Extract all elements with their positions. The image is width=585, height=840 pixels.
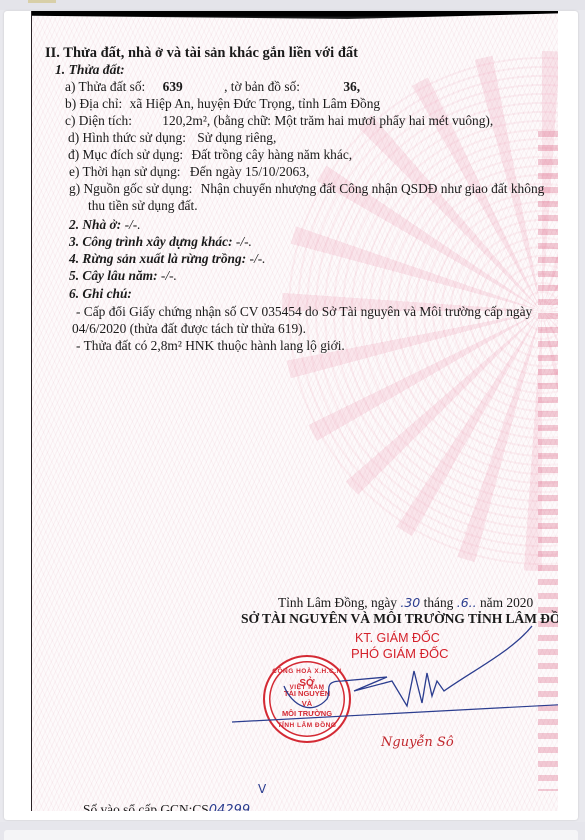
map-sheet-value: 36, xyxy=(343,79,360,95)
usage-origin-value: Nhận chuyển nhượng đất Công nhận QSDĐ nh… xyxy=(201,181,545,197)
planted-forest-row: 4. Rừng sản xuất là rừng trồng: -/-. xyxy=(69,251,266,267)
address-row: b) Địa chỉ: xã Hiệp An, huyện Đức Trọng,… xyxy=(65,96,380,112)
house-row: 2. Nhà ở: -/-. xyxy=(69,217,141,233)
handwritten-signature xyxy=(232,611,558,731)
check-mark: V xyxy=(258,781,266,797)
thumbnail-edge xyxy=(28,0,56,3)
perennial-tree-label: 5. Cây lâu năm: xyxy=(69,268,158,283)
area-row: c) Diện tích: 120,2m², (bằng chữ: Một tr… xyxy=(65,113,493,129)
parcel-number-value: 639 xyxy=(163,79,183,95)
address-value: xã Hiệp An, huyện Đức Trọng, tỉnh Lâm Đồ… xyxy=(130,96,381,112)
registry-label: Số vào sổ cấp GCN: xyxy=(83,802,192,811)
usage-origin-continued: thu tiền sử dụng đất. xyxy=(88,198,198,214)
document-card[interactable]: II. Thửa đất, nhà ở và tài sản khác gắn … xyxy=(4,11,578,820)
usage-purpose-row: đ) Mục đích sử dụng: Đất trồng cây hàng … xyxy=(68,147,352,163)
parcel-number-label: a) Thửa đất số: xyxy=(65,79,145,95)
subsection-title: 1. Thửa đất: xyxy=(55,62,125,78)
other-construction-label: 3. Công trình xây dựng khác: xyxy=(69,234,233,249)
planted-forest-label: 4. Rừng sản xuất là rừng trồng: xyxy=(69,251,246,266)
next-card-edge xyxy=(0,822,585,840)
usage-form-label: d) Hình thức sử dụng: xyxy=(68,130,186,146)
notes-title: 6. Ghi chú: xyxy=(69,286,132,302)
perennial-tree-value: -/-. xyxy=(161,268,177,283)
planted-forest-value: -/-. xyxy=(250,251,266,266)
signing-month: .6.. xyxy=(457,595,477,610)
registry-prefix: CS xyxy=(192,802,208,811)
signing-day: .30 xyxy=(400,595,420,610)
certificate-content: II. Thửa đất, nhà ở và tài sản khác gắn … xyxy=(32,11,558,811)
signer-name: Nguyễn Sô xyxy=(381,735,454,751)
address-label: b) Địa chỉ: xyxy=(65,96,122,112)
usage-term-row: e) Thời hạn sử dụng: Đến ngày 15/10/2063… xyxy=(69,164,309,180)
usage-purpose-value: Đất trồng cây hàng năm khác, xyxy=(191,147,352,163)
other-construction-value: -/-. xyxy=(236,234,252,249)
signing-place: Tỉnh Lâm Đồng, ngày xyxy=(278,595,397,610)
usage-term-label: e) Thời hạn sử dụng: xyxy=(69,164,181,180)
area-value: 120,2m², (bằng chữ: Một trăm hai mươi ph… xyxy=(162,113,493,129)
other-construction-row: 3. Công trình xây dựng khác: -/-. xyxy=(69,234,252,250)
previous-card-edge xyxy=(0,0,585,10)
registry-number: Số vào sổ cấp GCN:CS04299 xyxy=(83,802,250,811)
house-value: -/-. xyxy=(125,217,141,232)
usage-form-value: Sử dụng riêng, xyxy=(197,130,276,146)
section-title: II. Thửa đất, nhà ở và tài sản khác gắn … xyxy=(45,45,358,61)
signing-year: năm 2020 xyxy=(480,595,533,610)
next-card[interactable] xyxy=(4,830,578,840)
note-line-1: - Cấp đổi Giấy chứng nhận số CV 035454 d… xyxy=(76,304,532,320)
usage-term-value: Đến ngày 15/10/2063, xyxy=(190,164,309,180)
note-line-3: - Thửa đất có 2,8m² HNK thuộc hành lang … xyxy=(76,338,345,354)
usage-origin-row: g) Nguồn gốc sử dụng: Nhận chuyển nhượng… xyxy=(69,181,544,197)
certificate-page-scan: II. Thửa đất, nhà ở và tài sản khác gắn … xyxy=(31,11,558,811)
usage-origin-label: g) Nguồn gốc sử dụng: xyxy=(69,181,192,197)
note-line-2: 04/6/2020 (thửa đất được tách từ thửa 61… xyxy=(72,321,306,337)
month-label: tháng xyxy=(424,595,454,610)
perennial-tree-row: 5. Cây lâu năm: -/-. xyxy=(69,268,177,284)
map-sheet-label: , tờ bản đồ số: xyxy=(224,79,300,95)
usage-form-row: d) Hình thức sử dụng: Sử dụng riêng, xyxy=(68,130,276,146)
parcel-number-row: a) Thửa đất số: 639 , tờ bản đồ số: 36, xyxy=(65,79,360,95)
house-label: 2. Nhà ở: xyxy=(69,217,121,232)
signing-date: Tỉnh Lâm Đồng, ngày .30 tháng .6.. năm 2… xyxy=(278,595,533,611)
area-label: c) Diện tích: xyxy=(65,113,132,129)
usage-purpose-label: đ) Mục đích sử dụng: xyxy=(68,147,183,163)
registry-handwritten-number: 04299 xyxy=(209,803,250,811)
